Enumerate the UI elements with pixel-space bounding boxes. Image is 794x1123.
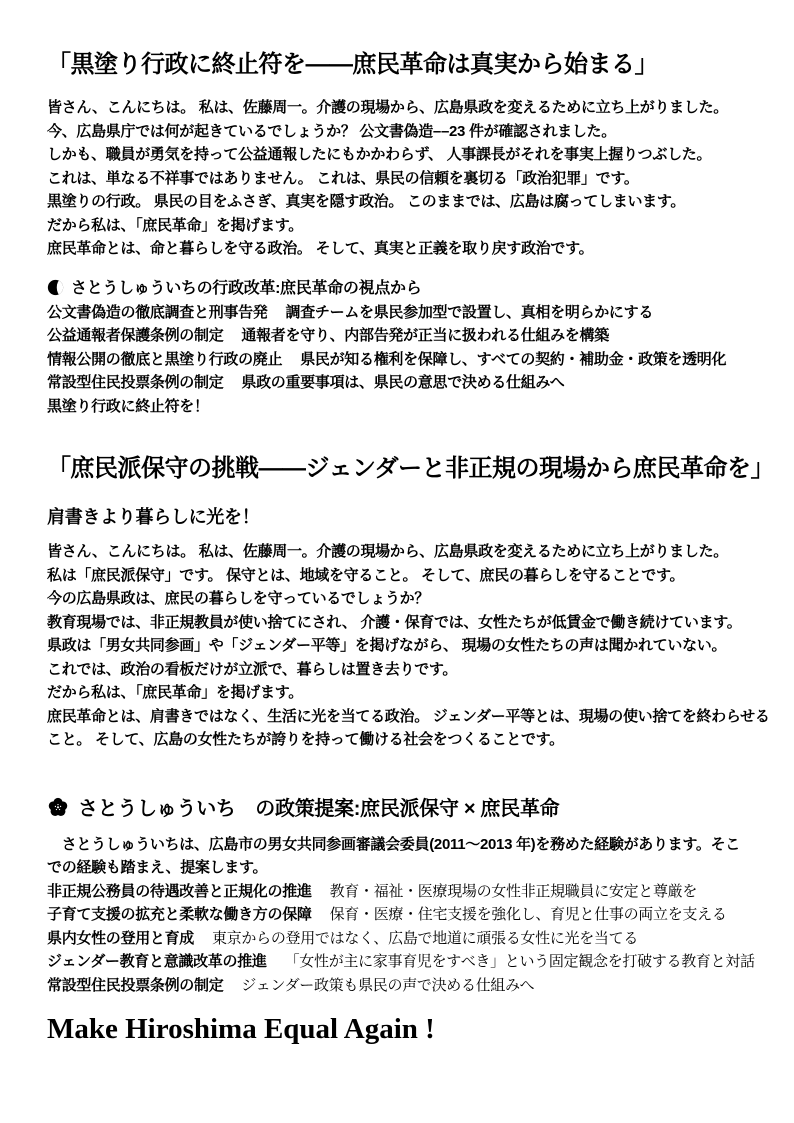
reform-item: 情報公開の徹底と黒塗り行政の廃止県民が知る権利を保障し、すべての契約・補助金・政… [47, 348, 754, 372]
paragraph-line: 県政は「男女共同参画」や「ジェンダー平等」を掲げながら、 現場の女性たちの声は聞… [47, 634, 754, 658]
proposal-section: さとうしゅういち の政策提案:庶民派保守 × 庶民革命 さとうしゅういちは、広島… [47, 794, 754, 998]
paragraph-line: 庶民革命とは、肩書きではなく、生活に光を当てる政治。 ジェンダー平等とは、現場の… [47, 705, 754, 729]
intro-line: での経験も踏まえ、提案します。 [47, 856, 754, 880]
paragraph-line: 庶民革命とは、命と暮らしを守る政治。 そして、真実と正義を取り戻す政治です。 [47, 237, 754, 261]
reform-item-desc: 県民が知る権利を保障し、すべての契約・補助金・政策を透明化 [300, 351, 726, 368]
title-kurozuri: 「黒塗り行政に終止符を――庶民革命は真実から始まる」 [47, 50, 754, 79]
reform-item-name: 公益通報者保護条例の制定 [47, 327, 223, 344]
proposal-item: ジェンダー教育と意識改革の推進「女性が主に家事育児をすべき」という固定観念を打破… [47, 950, 754, 974]
paragraph-line: だから私は、「庶民革命」を掲げます。 [47, 214, 754, 238]
paragraph-line: これでは、政治の看板だけが立派で、暮らしは置き去りです。 [47, 658, 754, 682]
reform-item-name: 情報公開の徹底と黒塗り行政の廃止 [47, 351, 282, 368]
paragraph-line: 私は「庶民派保守」です。 保守とは、地域を守ること。 そして、庶民の暮らしを守る… [47, 564, 754, 588]
proposal-item-name: ジェンダー教育と意識改革の推進 [47, 953, 267, 970]
title-shominha: 「庶民派保守の挑戦――ジェンダーと非正規の現場から庶民革命を」 [47, 454, 754, 483]
proposal-item: 子育て支援の拡充と柔軟な働き方の保障保育・医療・住宅支援を強化し、育児と仕事の両… [47, 903, 754, 927]
proposal-intro: さとうしゅういちは、広島市の男女共同参画審議会委員(2011～2013 年)を務… [47, 833, 754, 880]
paragraph-line: しかも、職員が勇気を持って公益通報したにもかかわらず、 人事課長がそれを事実上握… [47, 143, 754, 167]
proposal-item-name: 県内女性の登用と育成 [47, 930, 194, 947]
paragraph-line: こと。 そして、広島の女性たちが誇りを持って働ける社会をつくることです。 [47, 728, 754, 752]
proposal-item-name: 常設型住民投票条例の制定 [47, 977, 223, 994]
paragraph-line: これは、単なる不祥事ではありません。 これは、県民の信頼を裏切る「政治犯罪」です… [47, 167, 754, 191]
half-moon-icon [47, 279, 64, 296]
reform-item-name: 公文書偽造の徹底調査と刑事告発 [47, 304, 268, 321]
proposal-item-desc: ジェンダー政策も県民の声で決める仕組みへ [241, 977, 534, 994]
paragraph-kurozuri: 皆さん、こんにちは。 私は、佐藤周一。介護の現場から、広島県政を変えるために立ち… [47, 96, 754, 261]
reform-item: 公文書偽造の徹底調査と刑事告発調査チームを県民参加型で設置し、真相を明らかにする [47, 301, 754, 325]
paragraph-line: 黒塗りの行政。 県民の目をふさぎ、真実を隠す政治。 このままでは、広島は腐ってし… [47, 190, 754, 214]
proposal-item-desc: 教育・福祉・医療現場の女性非正規職員に安定と尊厳を [330, 883, 698, 900]
reform-heading: さとうしゅういちの行政改革:庶民革命の視点から [47, 277, 754, 301]
paragraph-shominha: 皆さん、こんにちは。 私は、佐藤周一。介護の現場から、広島県政を変えるために立ち… [47, 540, 754, 752]
reform-item: 公益通報者保護条例の制定通報者を守り、内部告発が正当に扱われる仕組みを構築 [47, 324, 754, 348]
reform-item-desc: 調査チームを県民参加型で設置し、真相を明らかにする [286, 304, 654, 321]
paragraph-line: 皆さん、こんにちは。 私は、佐藤周一。介護の現場から、広島県政を変えるために立ち… [47, 96, 754, 120]
proposal-item-name: 非正規公務員の待遇改善と正規化の推進 [47, 883, 312, 900]
reform-slogan: 黒塗り行政に終止符を！ [47, 395, 754, 419]
reform-item: 常設型住民投票条例の制定県政の重要事項は、県民の意思で決める仕組みへ [47, 371, 754, 395]
proposal-item-name: 子育て支援の拡充と柔軟な働き方の保障 [47, 906, 312, 923]
paragraph-line: 今の広島県政は、庶民の暮らしを守っているでしょうか？ [47, 587, 754, 611]
reform-item-desc: 通報者を守り、内部告発が正当に扱われる仕組みを構築 [241, 327, 609, 344]
paragraph-line: だから私は、「庶民革命」を掲げます。 [47, 681, 754, 705]
paragraph-line: 皆さん、こんにちは。 私は、佐藤周一。介護の現場から、広島県政を変えるために立ち… [47, 540, 754, 564]
proposal-item: 常設型住民投票条例の制定ジェンダー政策も県民の声で決める仕組みへ [47, 974, 754, 998]
reform-item-desc: 県政の重要事項は、県民の意思で決める仕組みへ [241, 374, 564, 391]
proposal-heading: さとうしゅういち の政策提案:庶民派保守 × 庶民革命 [47, 794, 754, 824]
proposal-heading-label: さとうしゅういち の政策提案:庶民派保守 × 庶民革命 [78, 798, 559, 820]
proposal-item: 県内女性の登用と育成東京からの登用ではなく、広島で地道に頑張る女性に光を当てる [47, 927, 754, 951]
flower-icon [47, 796, 69, 818]
document-page: 「黒塗り行政に終止符を――庶民革命は真実から始まる」 皆さん、こんにちは。 私は… [0, 0, 794, 1047]
proposal-item-desc: 「女性が主に家事育児をすべき」という固定観念を打破する教育と対話 [285, 953, 755, 970]
subtitle-katagaki: 肩書きより暮らしに光を！ [47, 505, 754, 529]
proposal-item-desc: 東京からの登用ではなく、広島で地道に頑張る女性に光を当てる [212, 930, 638, 947]
proposal-item-desc: 保育・医療・住宅支援を強化し、育児と仕事の両立を支える [330, 906, 727, 923]
reform-item-name: 常設型住民投票条例の制定 [47, 374, 223, 391]
reform-heading-label: さとうしゅういちの行政改革:庶民革命の視点から [71, 280, 421, 297]
intro-line: さとうしゅういちは、広島市の男女共同参画審議会委員(2011～2013 年)を務… [47, 833, 754, 857]
footer-slogan: Make Hiroshima Equal Again ! [47, 1011, 754, 1047]
paragraph-line: 今、広島県庁では何が起きているでしょうか？ 公文書偽造––23 件が確認されまし… [47, 120, 754, 144]
reform-section: さとうしゅういちの行政改革:庶民革命の視点から 公文書偽造の徹底調査と刑事告発調… [47, 277, 754, 419]
proposal-item: 非正規公務員の待遇改善と正規化の推進教育・福祉・医療現場の女性非正規職員に安定と… [47, 880, 754, 904]
paragraph-line: 教育現場では、非正規教員が使い捨てにされ、 介護・保育では、女性たちが低賃金で働… [47, 611, 754, 635]
